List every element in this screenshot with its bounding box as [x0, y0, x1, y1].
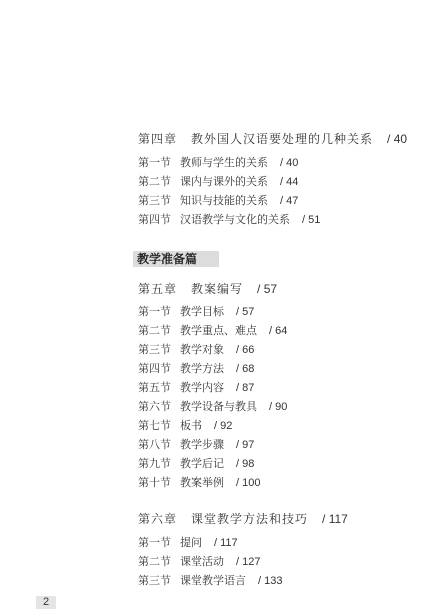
chapter-title: 教外国人汉语要处理的几种关系 — [191, 132, 373, 146]
section-number: 第六节 — [138, 398, 180, 414]
chapter-4-heading: 第四章教外国人汉语要处理的几种关系/ 40 — [138, 130, 407, 147]
chapter-5-heading: 第五章教案编写/ 57 — [138, 280, 277, 297]
section-title: 教学设备与教具 — [180, 400, 257, 413]
section-page: / 64 — [269, 325, 287, 337]
section-title: 教案举例 — [180, 476, 224, 489]
section-title: 教学对象 — [180, 343, 224, 356]
section-page: / 133 — [258, 575, 282, 587]
chapter-title: 教案编写 — [191, 282, 243, 296]
chapter-page: / 40 — [387, 132, 407, 146]
section-number: 第十节 — [138, 474, 180, 490]
chapter-title: 课堂教学方法和技巧 — [191, 512, 308, 526]
section-page: / 92 — [214, 420, 232, 432]
section-number: 第二节 — [138, 553, 180, 569]
section-number: 第一节 — [138, 303, 180, 319]
toc-entry: 第二节课堂活动/ 127 — [138, 553, 260, 569]
section-title: 汉语教学与文化的关系 — [180, 213, 290, 226]
chapter-page: / 117 — [322, 512, 348, 526]
section-page: / 87 — [236, 382, 254, 394]
toc-entry: 第一节教师与学生的关系/ 40 — [138, 154, 298, 170]
section-title: 知识与技能的关系 — [180, 194, 268, 207]
section-title: 教学内容 — [180, 381, 224, 394]
section-number: 第二节 — [138, 322, 180, 338]
section-page: / 97 — [236, 439, 254, 451]
section-number: 第三节 — [138, 192, 180, 208]
part-heading: 教学准备篇 — [133, 251, 219, 267]
toc-entry: 第一节提问/ 117 — [138, 534, 238, 550]
section-number: 第三节 — [138, 572, 180, 588]
section-number: 第七节 — [138, 417, 180, 433]
toc-entry: 第三节课堂教学语言/ 133 — [138, 572, 282, 588]
section-page: / 98 — [236, 458, 254, 470]
section-number: 第四节 — [138, 360, 180, 376]
section-page: / 100 — [236, 477, 260, 489]
chapter-number: 第四章 — [138, 132, 177, 146]
section-number: 第八节 — [138, 436, 180, 452]
section-number: 第五节 — [138, 379, 180, 395]
section-number: 第四节 — [138, 211, 180, 227]
section-title: 课内与课外的关系 — [180, 175, 268, 188]
section-page: / 66 — [236, 344, 254, 356]
toc-entry: 第三节教学对象/ 66 — [138, 341, 254, 357]
toc-entry: 第三节知识与技能的关系/ 47 — [138, 192, 298, 208]
toc-entry: 第七节板书/ 92 — [138, 417, 232, 433]
section-number: 第一节 — [138, 154, 180, 170]
section-title: 板书 — [180, 419, 202, 432]
section-title: 教学后记 — [180, 457, 224, 470]
toc-entry: 第二节教学重点、难点/ 64 — [138, 322, 287, 338]
chapter-number: 第六章 — [138, 512, 177, 526]
section-title: 提问 — [180, 536, 202, 549]
section-page: / 40 — [280, 157, 298, 169]
section-title: 课堂教学语言 — [180, 574, 246, 587]
section-number: 第三节 — [138, 341, 180, 357]
section-page: / 44 — [280, 176, 298, 188]
section-title: 课堂活动 — [180, 555, 224, 568]
section-number: 第九节 — [138, 455, 180, 471]
section-title: 教学重点、难点 — [180, 324, 257, 337]
chapter-6-heading: 第六章课堂教学方法和技巧/ 117 — [138, 510, 348, 527]
section-title: 教师与学生的关系 — [180, 156, 268, 169]
section-page: / 47 — [280, 195, 298, 207]
toc-entry: 第九节教学后记/ 98 — [138, 455, 254, 471]
toc-entry: 第八节教学步骤/ 97 — [138, 436, 254, 452]
toc-entry: 第二节课内与课外的关系/ 44 — [138, 173, 298, 189]
section-title: 教学方法 — [180, 362, 224, 375]
section-number: 第一节 — [138, 534, 180, 550]
section-page: / 90 — [269, 401, 287, 413]
section-title: 教学步骤 — [180, 438, 224, 451]
toc-entry: 第一节教学目标/ 57 — [138, 303, 254, 319]
toc-entry: 第四节教学方法/ 68 — [138, 360, 254, 376]
section-title: 教学目标 — [180, 305, 224, 318]
toc-entry: 第五节教学内容/ 87 — [138, 379, 254, 395]
section-page: / 68 — [236, 363, 254, 375]
section-page: / 57 — [236, 306, 254, 318]
section-page: / 117 — [214, 537, 238, 549]
chapter-number: 第五章 — [138, 282, 177, 296]
toc-entry: 第六节教学设备与教具/ 90 — [138, 398, 287, 414]
page-number: 2 — [36, 596, 56, 609]
toc-entry: 第四节汉语教学与文化的关系/ 51 — [138, 211, 320, 227]
section-page: / 127 — [236, 556, 260, 568]
toc-entry: 第十节教案举例/ 100 — [138, 474, 260, 490]
section-number: 第二节 — [138, 173, 180, 189]
chapter-page: / 57 — [257, 282, 277, 296]
section-page: / 51 — [302, 214, 320, 226]
